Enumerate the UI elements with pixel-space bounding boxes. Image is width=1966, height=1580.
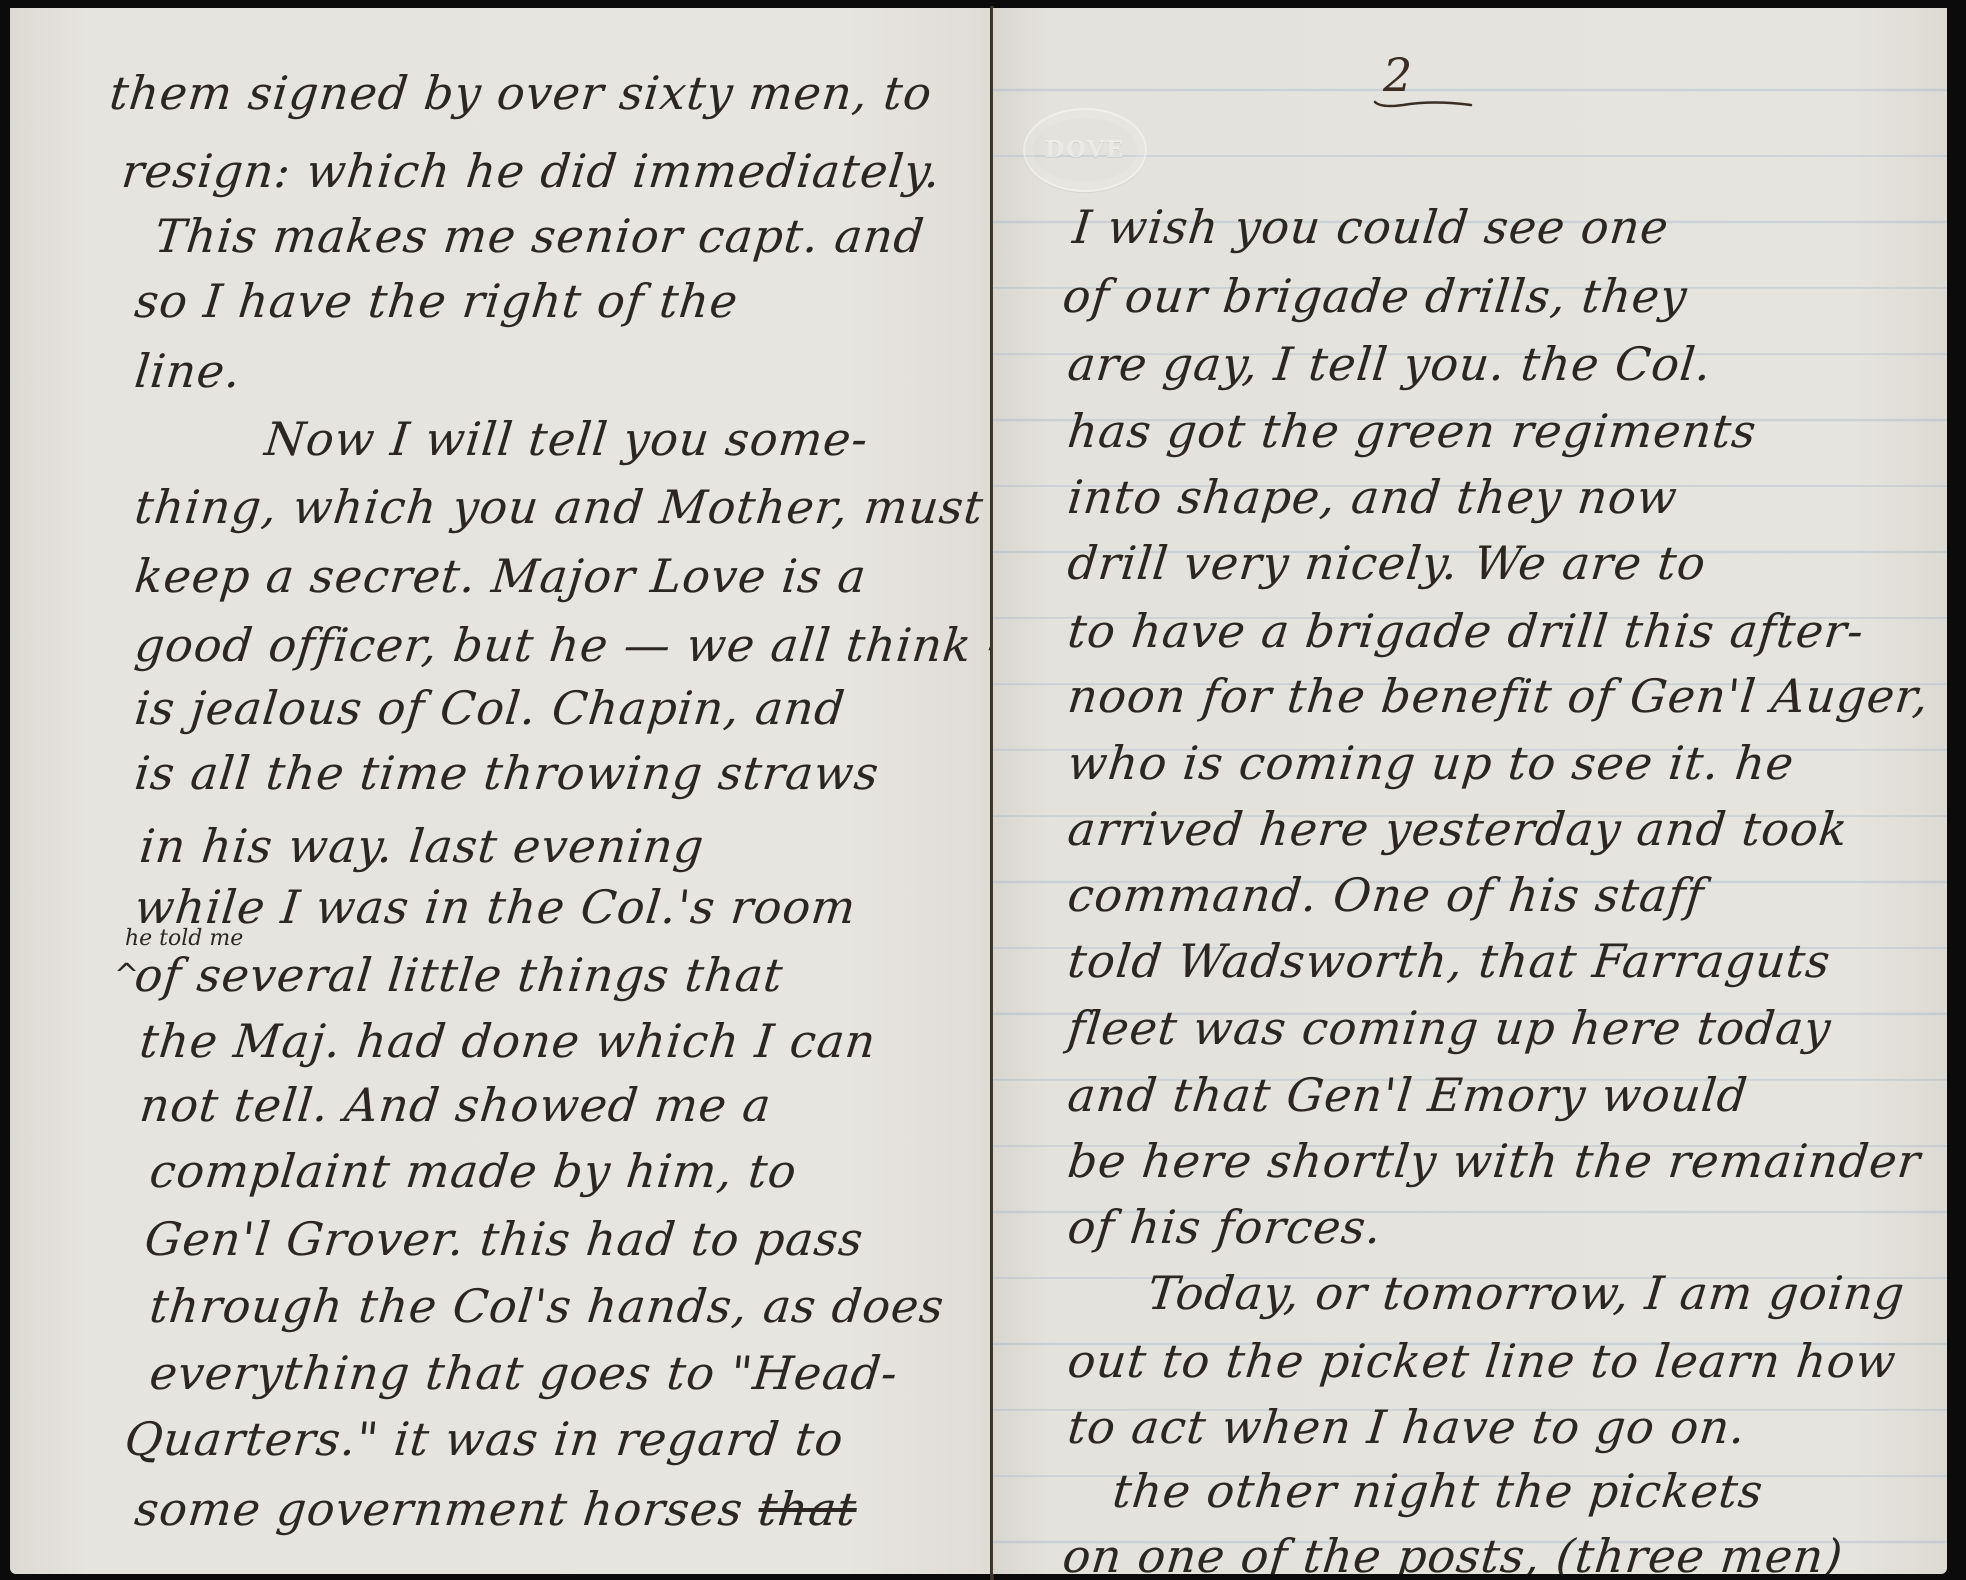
left-line-4: so I have the right of the bbox=[133, 278, 741, 324]
left-line-5: line. bbox=[133, 348, 244, 394]
right-line-5: into shape, and they now bbox=[1066, 474, 1680, 520]
emboss-stamp: DOVE bbox=[1023, 108, 1147, 192]
right-line-21: on one of the posts, (three men) bbox=[1061, 1533, 1846, 1574]
left-line-21: Quarters." it was in regard to bbox=[123, 1416, 846, 1462]
left-line-16: not tell. And showed me a bbox=[138, 1082, 774, 1128]
right-line-16: of his forces. bbox=[1066, 1204, 1385, 1250]
left-line-22-text: some government horses bbox=[132, 1482, 746, 1536]
right-line-20: the other night the pickets bbox=[1111, 1468, 1766, 1514]
right-line-6: drill very nicely. We are to bbox=[1066, 540, 1709, 586]
right-line-15: be here shortly with the remainder bbox=[1066, 1138, 1924, 1184]
left-line-18: Gen'l Grover. this had to pass bbox=[143, 1216, 866, 1262]
left-page: them signed by over sixty men, to resign… bbox=[10, 8, 992, 1574]
left-line-17: complaint made by him, to bbox=[148, 1148, 800, 1194]
right-line-17: Today, or tomorrow, I am going bbox=[1146, 1270, 1908, 1316]
right-line-1: I wish you could see one bbox=[1071, 204, 1672, 250]
left-line-6: Now I will tell you some- bbox=[263, 416, 871, 462]
left-line-1: them signed by over sixty men, to bbox=[108, 70, 935, 116]
right-line-14: and that Gen'l Emory would bbox=[1066, 1072, 1751, 1118]
right-line-11: command. One of his staff bbox=[1066, 872, 1707, 918]
right-line-4: has got the green regiments bbox=[1066, 408, 1759, 454]
right-line-10: arrived here yesterday and took bbox=[1066, 806, 1851, 852]
right-page: 2 DOVE I wish you could see one of our b… bbox=[993, 8, 1947, 1574]
left-line-9: good officer, but he — we all think — bbox=[133, 622, 992, 668]
page-number-underline-icon bbox=[1373, 96, 1473, 110]
right-line-7: to have a brigade drill this after- bbox=[1066, 608, 1867, 654]
left-line-20: everything that goes to "Head- bbox=[148, 1350, 901, 1396]
right-line-3: are gay, I tell you. the Col. bbox=[1066, 341, 1714, 387]
left-line-7: thing, which you and Mother, must bbox=[133, 484, 986, 530]
left-line-11: is all the time throwing straws bbox=[133, 750, 882, 796]
left-line-22: some government horses that bbox=[133, 1486, 860, 1532]
right-line-18: out to the picket line to learn how bbox=[1066, 1338, 1899, 1384]
right-line-9: who is coming up to see it. he bbox=[1066, 740, 1797, 786]
left-line-13: while I was in the Col.'s room bbox=[133, 884, 859, 930]
page-number: 2 bbox=[1383, 48, 1412, 102]
left-line-3: This makes me senior capt. and bbox=[153, 213, 927, 259]
left-line-10: is jealous of Col. Chapin, and bbox=[133, 685, 848, 731]
right-line-12: told Wadsworth, that Farraguts bbox=[1066, 938, 1833, 984]
left-line-9-text: good officer, but he — we all think — bbox=[132, 618, 992, 672]
right-line-2: of our brigade drills, they bbox=[1061, 273, 1690, 319]
right-line-13: fleet was coming up here today bbox=[1066, 1005, 1834, 1051]
left-line-2: resign: which he did immediately. bbox=[120, 148, 944, 194]
struck-word: that bbox=[756, 1482, 860, 1536]
left-line-12: in his way. last evening bbox=[138, 823, 707, 869]
left-line-19: through the Col's hands, as does bbox=[148, 1283, 947, 1329]
left-line-15: the Maj. had done which I can bbox=[138, 1018, 879, 1064]
left-line-14: of several little things that bbox=[133, 952, 786, 998]
left-line-8: keep a secret. Major Love is a bbox=[133, 553, 869, 599]
letter-spread: them signed by over sixty men, to resign… bbox=[0, 0, 1966, 1580]
right-line-19: to act when I have to go on. bbox=[1066, 1404, 1749, 1450]
right-line-8: noon for the benefit of Gen'l Auger, bbox=[1066, 673, 1932, 719]
